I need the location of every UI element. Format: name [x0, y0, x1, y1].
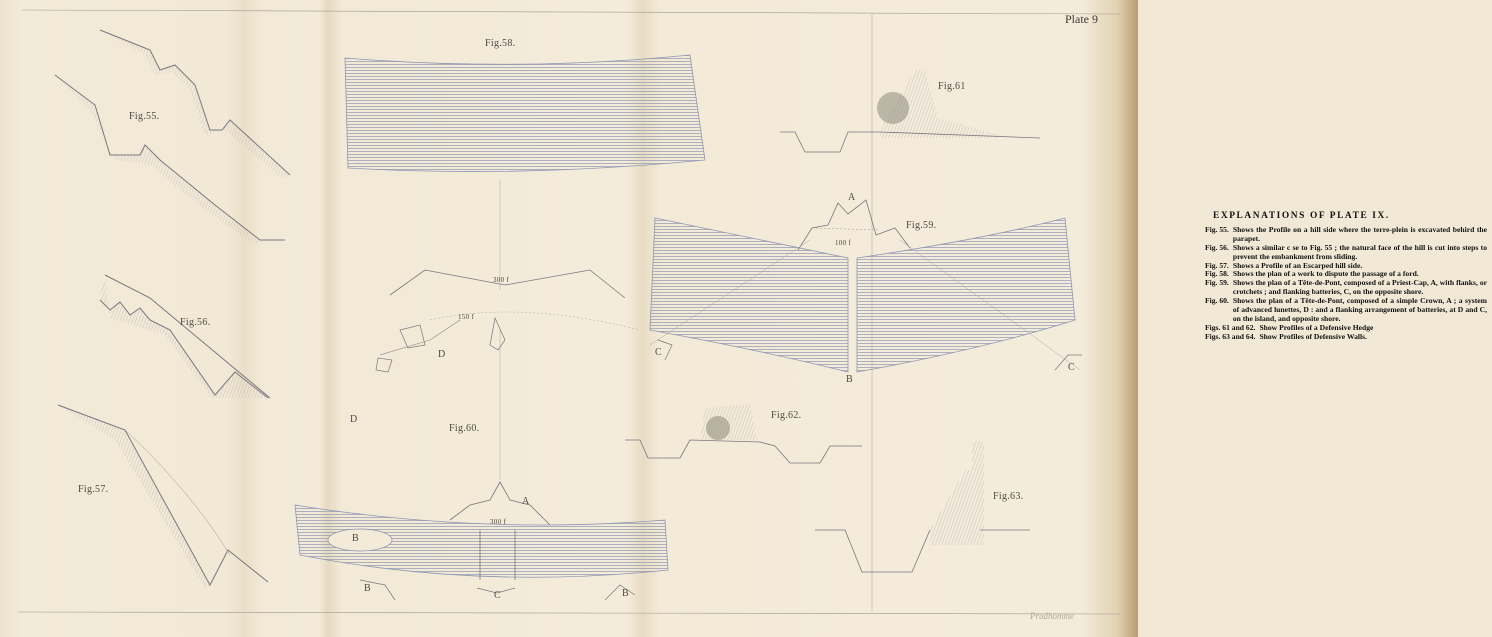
- figure-61-profile: [780, 70, 1040, 152]
- fig60-dimension-arc: 150 f: [458, 313, 474, 321]
- explanation-title: EXPLANATIONS OF PLATE IX.: [1213, 212, 1487, 221]
- fig60-letter-d2: D: [350, 414, 358, 425]
- figure-58-river: [345, 55, 705, 290]
- fig59-letter-a: A: [848, 192, 856, 203]
- fig60-letter-b-left: B: [364, 583, 371, 594]
- figure-59-label: Fig.59.: [906, 220, 936, 231]
- figure-55-drawing: [55, 30, 290, 245]
- explanation-entry: Fig. 60.Shows the plan of a Tête-de-Pont…: [1205, 297, 1487, 324]
- explanation-entry: Fig. 56.Shows a similar c se to Fig. 55 …: [1205, 244, 1487, 262]
- fig59-dimension-top: 100 f: [835, 239, 851, 247]
- figure-60-plan: [295, 270, 668, 600]
- figure-56-drawing: [100, 275, 270, 398]
- fig60-letter-c: C: [494, 590, 501, 601]
- figure-63-label: Fig.63.: [993, 491, 1023, 502]
- explanation-entry: Fig. 59.Shows the plan of a Tête-de-Pont…: [1205, 279, 1487, 297]
- explanation-panel: EXPLANATIONS OF PLATE IX. Fig. 55.Shows …: [1205, 212, 1487, 342]
- explanation-entry: Fig. 55.Shows the Profile on a hill side…: [1205, 226, 1487, 244]
- fig60-dimension-crown: 300 f: [490, 518, 506, 526]
- figure-57-label: Fig.57.: [78, 484, 108, 495]
- fig59-letter-b: B: [846, 374, 853, 385]
- explanation-entry: Figs. 63 and 64.Show Profiles of Defensi…: [1205, 333, 1487, 342]
- figure-63-profile: [815, 440, 1030, 572]
- figure-56-label: Fig.56.: [180, 317, 210, 328]
- figure-62-profile: [625, 404, 862, 463]
- plate-drawings: [0, 0, 1138, 637]
- fig60-letter-a: A: [522, 496, 530, 507]
- plate-number: Plate 9: [1065, 12, 1098, 27]
- fig59-letter-c-right: C: [1068, 362, 1075, 373]
- figure-60-label: Fig.60.: [449, 423, 479, 434]
- fig60-letter-d1: D: [438, 349, 446, 360]
- fig60-letter-b-right: B: [622, 588, 629, 599]
- figure-59-plan: [650, 200, 1082, 372]
- engraver-signature: Prudhomme: [1030, 611, 1074, 621]
- figure-55-label: Fig.55.: [129, 111, 159, 122]
- fig60-letter-b-island: B: [352, 533, 359, 544]
- fig59-letter-c-left: C: [655, 347, 662, 358]
- figure-57-drawing: [58, 405, 268, 588]
- engraved-plate: Plate 9 Fig.55. Fig.56. Fig.57. Fig.58. …: [0, 0, 1138, 637]
- fig60-dimension-top: 300 f: [493, 276, 509, 284]
- figure-61-label: Fig.61: [938, 81, 966, 92]
- figure-58-label: Fig.58.: [485, 38, 515, 49]
- figure-62-label: Fig.62.: [771, 410, 801, 421]
